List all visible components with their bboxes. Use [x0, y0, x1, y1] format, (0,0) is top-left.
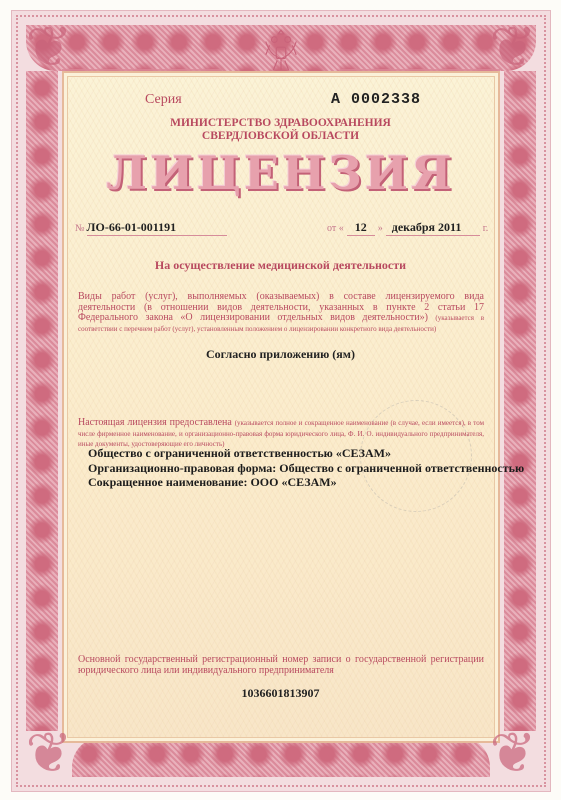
date-day-close: » [378, 223, 383, 234]
issuer-line-2: СВЕРДЛОВСКОЙ ОБЛАСТИ [0, 130, 561, 143]
license-number: ЛО-66-01-001191 [87, 220, 227, 236]
series-label: Серия [145, 92, 182, 108]
double-headed-eagle-icon [262, 26, 300, 76]
ogrn-number: 1036601813907 [0, 686, 561, 701]
ogrn-label: Основной государственный регистрационный… [78, 654, 484, 676]
granted-to-description: Настоящая лицензия предоставлена (указыв… [78, 418, 484, 450]
issuer: МИНИСТЕРСТВО ЗДРАВООХРАНЕНИЯ СВЕРДЛОВСКО… [0, 117, 561, 143]
corner-ornament-icon: ❦ [478, 719, 548, 789]
series-number: А 0002338 [331, 91, 421, 108]
date-day: 12 [347, 220, 375, 236]
date-month-year: декабря 2011 [386, 220, 480, 236]
annex-reference: Согласно приложению (ям) [0, 347, 561, 362]
date-suffix: г. [483, 223, 488, 234]
document-title: ЛИЦЕНЗИЯ [0, 146, 561, 200]
organization-block: Общество с ограниченной ответственностью… [88, 446, 524, 490]
date-prefix: от « [327, 223, 344, 234]
organization-short-name: Сокращенное наименование: ООО «СЕЗАМ» [88, 475, 524, 490]
organization-legal-form: Организационно-правовая форма: Общество … [88, 461, 524, 476]
license-date: от «12» декабря 2011 г. [327, 220, 488, 236]
activity-type: На осуществление медицинской деятельност… [0, 258, 561, 273]
works-description: Виды работ (услуг), выполняемых (оказыва… [78, 292, 484, 334]
organization-full-name: Общество с ограниченной ответственностью… [88, 446, 524, 461]
works-text: Виды работ (услуг), выполняемых (оказыва… [78, 291, 484, 323]
issuer-line-1: МИНИСТЕРСТВО ЗДРАВООХРАНЕНИЯ [0, 117, 561, 130]
bottom-guilloche-band [72, 737, 490, 777]
granted-text: Настоящая лицензия предоставлена [78, 417, 232, 428]
corner-ornament-icon: ❦ [14, 719, 84, 789]
number-sign: № [75, 223, 85, 234]
corner-ornament-icon: ❦ [478, 13, 548, 83]
corner-ornament-icon: ❦ [14, 13, 84, 83]
